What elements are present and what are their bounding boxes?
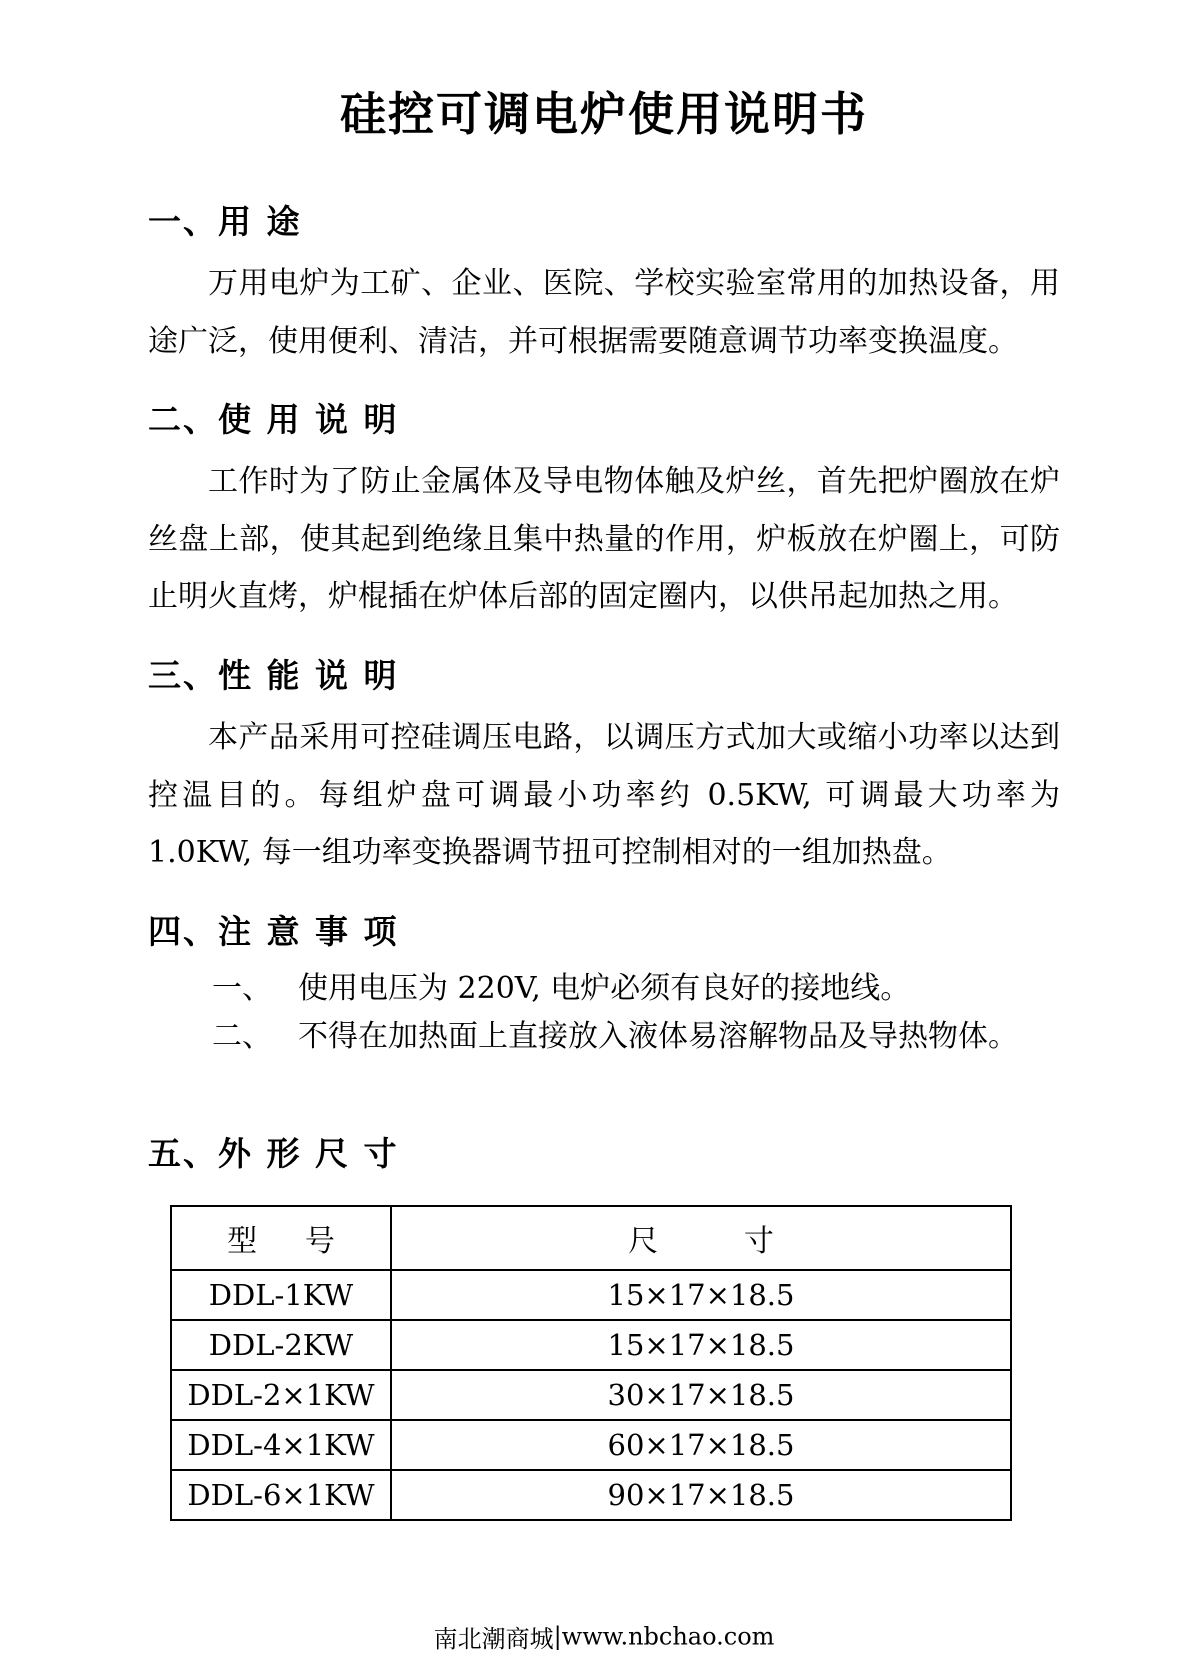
table-row: DDL-6×1KW 90×17×18.5 [171,1470,1011,1520]
notice-list: 一、 使用电压为 220V, 电炉必须有良好的接地线。 二、 不得在加热面上直接… [212,965,1060,1062]
notice-item-1-marker: 一、 [212,965,272,1014]
dimensions-table: 型 号 尺 寸 DDL-1KW 15×17×18.5 DDL-2KW 15×17… [170,1205,1012,1521]
notice-item-2-marker: 二、 [212,1013,272,1062]
dimensions-table-body: DDL-1KW 15×17×18.5 DDL-2KW 15×17×18.5 DD… [171,1270,1011,1520]
table-cell-model: DDL-2KW [171,1320,391,1370]
table-row: DDL-2×1KW 30×17×18.5 [171,1370,1011,1420]
table-cell-model: DDL-4×1KW [171,1420,391,1470]
document-title: 硅控可调电炉使用说明书 [148,78,1060,144]
table-cell-model: DDL-1KW [171,1270,391,1320]
footer-site-url: www.nbchao.com [562,1622,775,1650]
document-page: 硅控可调电炉使用说明书 一、用 途 万用电炉为工矿、企业、医院、学校实验室常用的… [0,0,1200,1664]
section-dimensions-heading: 五、外 形 尺 寸 [148,1128,1060,1175]
table-cell-size: 15×17×18.5 [391,1320,1011,1370]
notice-item-1-text: 使用电压为 220V, 电炉必须有良好的接地线。 [298,965,910,1014]
table-header-model: 型 号 [171,1206,391,1270]
table-cell-size: 60×17×18.5 [391,1420,1011,1470]
table-header-row: 型 号 尺 寸 [171,1206,1011,1270]
table-row: DDL-1KW 15×17×18.5 [171,1270,1011,1320]
section-performance-heading: 三、性 能 说 明 [148,650,1060,697]
section-precautions-heading: 四、注 意 事 项 [148,906,1060,953]
section-instructions-heading: 二、使 用 说 明 [148,394,1060,441]
notice-item-2-text: 不得在加热面上直接放入液体易溶解物品及导热物体。 [298,1013,1018,1062]
page-footer: 南北潮商城|www.nbchao.com [148,1619,1060,1654]
section-usage-paragraph: 万用电炉为工矿、企业、医院、学校实验室常用的加热设备，用途广泛，使用便利、清洁，… [148,255,1060,370]
table-cell-model: DDL-2×1KW [171,1370,391,1420]
footer-site-name: 南北潮商城 [434,1625,554,1653]
section-instructions-paragraph: 工作时为了防止金属体及导电物体触及炉丝，首先把炉圈放在炉丝盘上部，使其起到绝缘且… [148,453,1060,626]
table-cell-size: 15×17×18.5 [391,1270,1011,1320]
notice-item-2: 二、 不得在加热面上直接放入液体易溶解物品及导热物体。 [212,1013,1060,1062]
table-row: DDL-4×1KW 60×17×18.5 [171,1420,1011,1470]
table-cell-size: 30×17×18.5 [391,1370,1011,1420]
dimensions-table-head: 型 号 尺 寸 [171,1206,1011,1270]
table-row: DDL-2KW 15×17×18.5 [171,1320,1011,1370]
section-usage-heading: 一、用 途 [148,196,1060,243]
section-performance-paragraph: 本产品采用可控硅调压电路，以调压方式加大或缩小功率以达到控温目的。每组炉盘可调最… [148,709,1060,882]
notice-item-1: 一、 使用电压为 220V, 电炉必须有良好的接地线。 [212,965,1060,1014]
table-header-size: 尺 寸 [391,1206,1011,1270]
table-cell-model: DDL-6×1KW [171,1470,391,1520]
footer-separator: | [554,1622,562,1650]
table-cell-size: 90×17×18.5 [391,1470,1011,1520]
